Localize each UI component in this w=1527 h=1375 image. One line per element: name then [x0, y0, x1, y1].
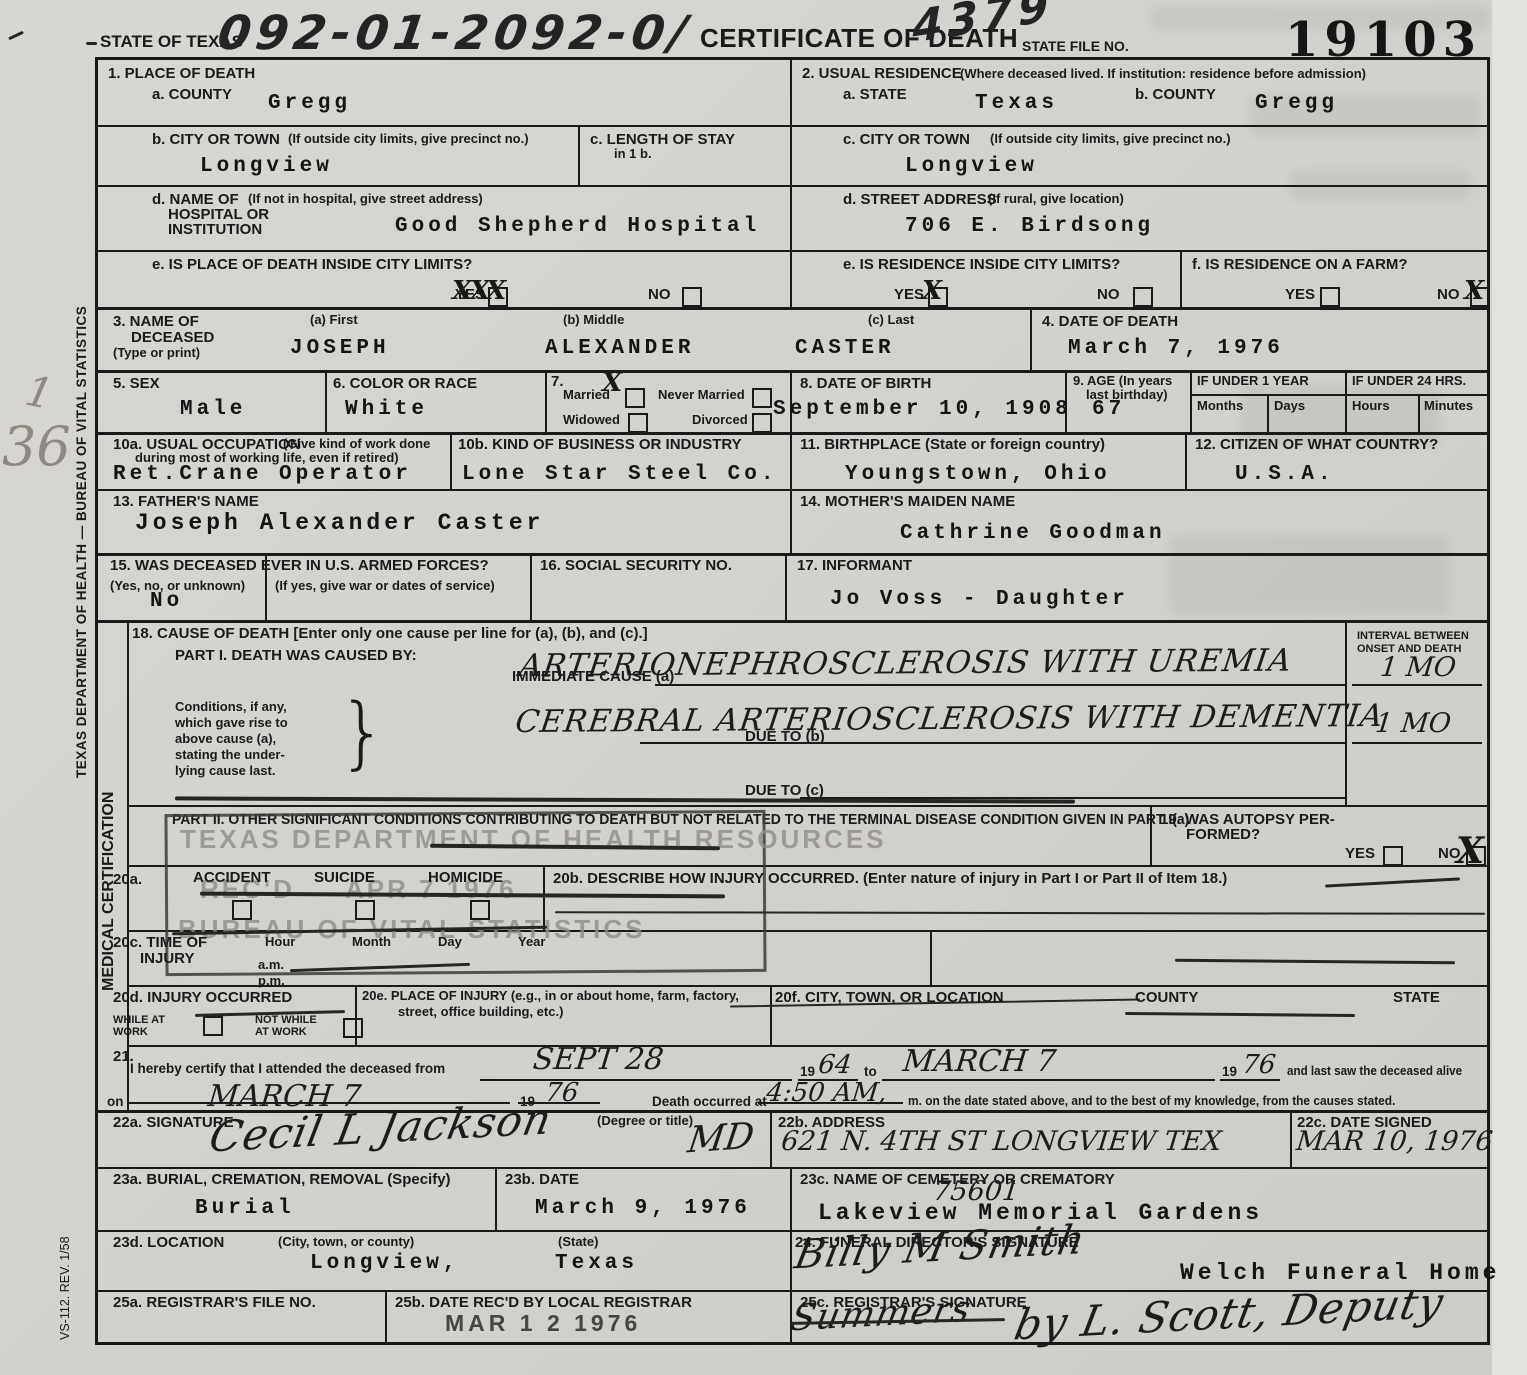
- length-of-stay-label: c. LENGTH OF STAY: [590, 131, 735, 148]
- entry-line: [882, 1079, 1215, 1081]
- q20d-label: 20d. INJURY OCCURRED: [113, 989, 292, 1006]
- armed-forces-hint2: (If yes, give war or dates of service): [275, 579, 495, 594]
- industry-label: 10b. KIND OF BUSINESS OR INDUSTRY: [458, 436, 742, 453]
- form-line: [450, 432, 452, 489]
- autopsy-yes-label: YES: [1345, 845, 1375, 862]
- form-line: [1345, 370, 1347, 432]
- accident-label: ACCIDENT: [193, 869, 271, 886]
- form-line: [1418, 394, 1420, 432]
- citizen-value: U.S.A.: [1235, 463, 1335, 486]
- city-or-town-hint: (If outside city limits, give precinct n…: [288, 132, 529, 147]
- form-line: [95, 307, 1490, 310]
- fathers-name-value: Joseph Alexander Caster: [135, 510, 544, 536]
- sex-value: Male: [180, 398, 246, 421]
- checkbox-married: [625, 388, 645, 408]
- widowed-label: Widowed: [563, 413, 620, 428]
- registrar-file-label: 25a. REGISTRAR'S FILE NO.: [113, 1294, 316, 1311]
- form-line: [785, 553, 787, 620]
- form-line: [530, 553, 532, 620]
- pen-x-mark: X: [486, 276, 506, 306]
- q20c-label: 20c. TIME OF: [113, 934, 207, 951]
- cause-of-death-label: 18. CAUSE OF DEATH [Enter only one cause…: [132, 625, 648, 642]
- conditions-note-2: which gave rise to: [175, 716, 288, 731]
- race-value: White: [345, 398, 428, 421]
- location-city-value: Longview,: [310, 1252, 459, 1275]
- location-hint-city: (City, town, or county): [278, 1235, 414, 1250]
- q20a-label: 20a.: [113, 871, 142, 888]
- day-label: Day: [438, 935, 462, 950]
- burial-label: 23a. BURIAL, CREMATION, REMOVAL (Specify…: [113, 1171, 451, 1188]
- occupation-value: Ret.Crane Operator: [113, 463, 412, 486]
- form-line: [1290, 1110, 1292, 1167]
- residence-city-hint: (If outside city limits, give precinct n…: [990, 132, 1231, 147]
- middle-name-value: ALEXANDER: [545, 337, 694, 360]
- form-line: [1030, 307, 1032, 370]
- entry-line: [758, 1102, 903, 1104]
- death-city-limits-label: e. IS PLACE OF DEATH INSIDE CITY LIMITS?: [152, 256, 472, 273]
- attended-to-value: MARCH 7: [901, 1044, 1057, 1079]
- place-of-death-label: 1. PLACE OF DEATH: [108, 65, 255, 82]
- form-line: [95, 432, 1490, 435]
- location-hint-state: (State): [558, 1235, 598, 1250]
- degree-value: MD: [685, 1115, 756, 1161]
- last-name-value: CASTER: [795, 337, 895, 360]
- sex-label: 5. SEX: [113, 375, 160, 392]
- am-label: a.m.: [258, 958, 284, 973]
- form-line: [1185, 432, 1187, 489]
- checkbox-not-while-at-work: [343, 1018, 363, 1038]
- date-of-death-label: 4. DATE OF DEATH: [1042, 313, 1178, 330]
- date-of-birth-value: September 10, 1908: [773, 398, 1072, 421]
- farm-yes-label: YES: [1285, 286, 1315, 303]
- armed-forces-label: 15. WAS DECEASED EVER IN U.S. ARMED FORC…: [110, 557, 489, 574]
- due-to-b-value: CEREBRAL ARTERIOSCLEROSIS WITH DEMENTIA: [513, 698, 1386, 740]
- hour-label: Hour: [265, 935, 295, 950]
- state-file-no-label: STATE FILE NO.: [1022, 38, 1129, 54]
- checkbox-homicide: [470, 900, 490, 920]
- burial-value: Burial: [195, 1197, 295, 1220]
- q20b-label: 20b. DESCRIBE HOW INJURY OCCURRED. (Ente…: [553, 870, 1227, 887]
- location-label: 23d. LOCATION: [113, 1234, 224, 1251]
- month-label: Month: [352, 935, 391, 950]
- county-value: Gregg: [268, 92, 351, 115]
- q20f-state-label: STATE: [1393, 989, 1440, 1006]
- conditions-note-5: lying cause last.: [175, 764, 275, 779]
- handwritten-code-left: 092-01-2: [214, 6, 497, 61]
- interval-b-value: 1 MO: [1374, 708, 1453, 739]
- form-line: [95, 553, 1490, 556]
- entry-line: [640, 742, 1345, 744]
- months-label: Months: [1197, 399, 1243, 414]
- brace-glyph: }: [338, 688, 388, 778]
- not-while-work-label: AT WORK: [255, 1026, 307, 1039]
- pen-stroke: [8, 31, 24, 40]
- degree-or-title-label: (Degree or title): [597, 1114, 693, 1129]
- death-limits-no-label: NO: [648, 286, 671, 303]
- residence-farm-label: f. IS RESIDENCE ON A FARM?: [1192, 256, 1408, 273]
- street-address-label: d. STREET ADDRESS: [843, 191, 997, 208]
- name-of-deceased-label3: (Type or print): [113, 346, 200, 361]
- industry-value: Lone Star Steel Co.: [462, 463, 777, 486]
- armed-forces-value: No: [150, 590, 183, 613]
- pen-x-mark: X: [922, 276, 942, 306]
- while-work-label: WORK: [113, 1026, 148, 1039]
- form-line: [127, 985, 1490, 987]
- q20e-label: 20e. PLACE OF INJURY (e.g., in or about …: [362, 989, 739, 1004]
- street-address-hint: (If rural, give location): [988, 192, 1124, 207]
- form-line: [95, 620, 1490, 623]
- form-line: [95, 1230, 1490, 1232]
- usual-residence-hint: (Where deceased lived. If institution: r…: [960, 67, 1366, 82]
- registrar-date-label: 25b. DATE REC'D BY LOCAL REGISTRAR: [395, 1294, 692, 1311]
- residence-city-limits-label: e. IS RESIDENCE INSIDE CITY LIMITS?: [843, 256, 1120, 273]
- certify-text-1: I hereby certify that I attended the dec…: [130, 1061, 445, 1077]
- entry-line: [1352, 742, 1482, 744]
- conditions-note-4: stating the under-: [175, 748, 285, 763]
- year-prefix-2: 19: [1222, 1064, 1237, 1080]
- form-line: [95, 250, 1490, 252]
- q20f-label: 20f. CITY, TOWN, OR LOCATION: [775, 989, 1004, 1006]
- city-or-town-label: b. CITY OR TOWN: [152, 131, 280, 148]
- entry-line: [480, 1079, 792, 1081]
- q20f-county-label: COUNTY: [1135, 989, 1198, 1006]
- while-at-label: WHILE AT: [113, 1014, 165, 1027]
- interval-label: INTERVAL BETWEEN: [1357, 630, 1469, 643]
- citizen-label: 12. CITIZEN OF WHAT COUNTRY?: [1195, 436, 1438, 453]
- days-label: Days: [1274, 399, 1305, 414]
- address-value: 621 N. 4TH ST LONGVIEW TEX: [780, 1126, 1223, 1157]
- on-word: on: [107, 1094, 124, 1110]
- handwritten-code-right: 092-0/: [490, 6, 695, 61]
- county-label: a. COUNTY: [152, 86, 232, 103]
- form-line: [1190, 370, 1192, 432]
- q20e-label2: street, office building, etc.): [398, 1005, 563, 1020]
- date-of-death-value: March 7, 1976: [1068, 337, 1284, 360]
- divorced-label: Divorced: [692, 413, 748, 428]
- form-line: [790, 57, 792, 307]
- form-line: [95, 1167, 1490, 1169]
- entry-line: [655, 684, 1345, 686]
- residence-city-value: Longview: [905, 155, 1038, 178]
- minutes-label: Minutes: [1424, 399, 1473, 414]
- residence-limits-no-label: NO: [1097, 286, 1120, 303]
- residence-state-label: a. STATE: [843, 86, 907, 103]
- usual-residence-label: 2. USUAL RESIDENCE: [802, 65, 962, 82]
- from-year-value: 64: [817, 1050, 853, 1080]
- race-label: 6. COLOR OR RACE: [333, 375, 477, 392]
- checkbox-residence-limits-no: [1133, 287, 1153, 307]
- length-of-stay-hint: in 1 b.: [614, 147, 652, 162]
- stamp-line-1: TEXAS DEPARTMENT OF HEALTH RESOURCES: [180, 824, 887, 855]
- hours-label: Hours: [1352, 399, 1390, 414]
- attended-from-value: SEPT 28: [531, 1042, 665, 1077]
- death-time-value: 4:50 AM,: [765, 1078, 888, 1108]
- burial-date-value: March 9, 1976: [535, 1197, 751, 1220]
- location-state-value: Texas: [555, 1252, 638, 1275]
- form-line: [770, 985, 772, 1045]
- form-line: [930, 930, 932, 985]
- form-line: [770, 1110, 772, 1167]
- autopsy-label2: FORMED?: [1186, 826, 1260, 843]
- suicide-label: SUICIDE: [314, 869, 375, 886]
- residence-county-value: Gregg: [1255, 92, 1338, 115]
- q20c-label2: INJURY: [140, 950, 194, 967]
- form-line: [95, 489, 1490, 491]
- last-name-label: (c) Last: [868, 313, 914, 328]
- conditions-note-3: above cause (a),: [175, 732, 276, 747]
- residence-state-value: Texas: [975, 92, 1058, 115]
- form-line: [495, 1167, 497, 1230]
- entry-line: [1352, 684, 1482, 686]
- not-while-label: NOT WHILE: [255, 1014, 317, 1027]
- hospital-name-hint: (If not in hospital, give street address…: [248, 192, 483, 207]
- first-name-label: (a) First: [310, 313, 358, 328]
- to-year-value: 76: [1241, 1050, 1277, 1080]
- checkbox-divorced: [752, 413, 772, 433]
- checkbox-accident: [232, 900, 252, 920]
- ssn-label: 16. SOCIAL SECURITY NO.: [540, 557, 732, 574]
- form-line: [127, 1045, 1490, 1047]
- pen-x-mark: X: [1464, 276, 1484, 306]
- margin-form-revision: VS-112. REV. 1/58: [58, 1222, 78, 1354]
- street-address-value: 706 E. Birdsong: [905, 215, 1154, 238]
- hospital-name-label3: INSTITUTION: [168, 221, 262, 238]
- residence-county-label: b. COUNTY: [1135, 86, 1216, 103]
- form-line: [95, 185, 1490, 187]
- checkbox-widowed: [628, 413, 648, 433]
- mothers-maiden-name-value: Cathrine Goodman: [900, 522, 1166, 545]
- if-under-1-year-label: IF UNDER 1 YEAR: [1197, 374, 1309, 389]
- checkbox-never-married: [752, 388, 772, 408]
- interval-a-value: 1 MO: [1379, 652, 1458, 683]
- city-value: Longview: [200, 155, 333, 178]
- mothers-maiden-name-label: 14. MOTHER'S MAIDEN NAME: [800, 493, 1015, 510]
- certify-text-2: and last saw the deceased alive: [1287, 1064, 1462, 1078]
- checkbox-autopsy-yes: [1383, 846, 1403, 866]
- checkbox-while-at-work: [203, 1016, 223, 1036]
- age-value: 67: [1092, 398, 1125, 421]
- birthplace-label: 11. BIRTHPLACE (State or foreign country…: [800, 436, 1105, 453]
- scan-edge: [1492, 0, 1527, 1375]
- certify-text-3: Death occurred at: [652, 1094, 767, 1110]
- fathers-name-label: 13. FATHER'S NAME: [113, 493, 259, 510]
- registrar-date-stamp: MAR 1 2 1976: [445, 1310, 641, 1337]
- farm-no-label: NO: [1437, 286, 1460, 303]
- marital-status-label: 7.: [551, 373, 564, 390]
- entry-line: [1220, 1079, 1280, 1081]
- pencil-note-1: 1: [21, 366, 57, 419]
- header-dash: [86, 42, 97, 45]
- form-line: [578, 125, 580, 185]
- certify-text-4: m. on the date stated above, and to the …: [908, 1094, 1395, 1109]
- birthplace-value: Youngstown, Ohio: [845, 463, 1111, 486]
- if-under-24-hrs-label: IF UNDER 24 HRS.: [1352, 374, 1466, 389]
- pencil-note-36: 36: [2, 415, 71, 478]
- checkbox-farm-yes: [1320, 287, 1340, 307]
- date-of-birth-label: 8. DATE OF BIRTH: [800, 375, 931, 392]
- form-line: [1180, 250, 1182, 307]
- checkbox-death-limits-no: [682, 287, 702, 307]
- date-signed-value: MAR 10, 1976: [1295, 1126, 1495, 1157]
- form-line: [545, 370, 547, 432]
- form-line: [1190, 394, 1490, 396]
- form-line: [1267, 394, 1269, 432]
- name-of-deceased-label2: DECEASED: [131, 329, 214, 346]
- form-line: [385, 1290, 387, 1345]
- never-married-label: Never Married: [658, 388, 745, 403]
- checkbox-suicide: [355, 900, 375, 920]
- funeral-home-value: Welch Funeral Home: [1180, 1260, 1500, 1286]
- pen-x-mark-autopsy-no: X: [1456, 830, 1484, 872]
- form-line: [325, 370, 327, 432]
- first-name-value: JOSEPH: [290, 337, 390, 360]
- burial-date-label: 23b. DATE: [505, 1171, 579, 1188]
- immediate-cause-value: ARTERIONEPHROSCLEROSIS WITH UREMIA: [517, 643, 1294, 684]
- name-of-deceased-label: 3. NAME OF: [113, 313, 199, 330]
- death-certificate-scan: STATE OF TEXAS 092-01-2 092-0/ CERTIFICA…: [0, 0, 1527, 1375]
- form-line: [95, 125, 1490, 127]
- residence-limits-yes-label: YES: [894, 286, 924, 303]
- informant-label: 17. INFORMANT: [797, 557, 912, 574]
- hospital-value: Good Shepherd Hospital: [395, 215, 760, 238]
- homicide-label: HOMICIDE: [428, 869, 503, 886]
- informant-value: Jo Voss - Daughter: [830, 588, 1129, 611]
- middle-name-label: (b) Middle: [563, 313, 624, 328]
- residence-city-label: c. CITY OR TOWN: [843, 131, 970, 148]
- form-line: [127, 805, 1490, 807]
- margin-department-label: TEXAS DEPARTMENT OF HEALTH — BUREAU OF V…: [74, 248, 96, 836]
- married-label: Married: [563, 388, 610, 403]
- year-label: Year: [518, 935, 545, 950]
- pm-label: p.m.: [258, 974, 285, 989]
- part1-label: PART I. DEATH WAS CAUSED BY:: [175, 647, 417, 664]
- conditions-note-1: Conditions, if any,: [175, 700, 287, 715]
